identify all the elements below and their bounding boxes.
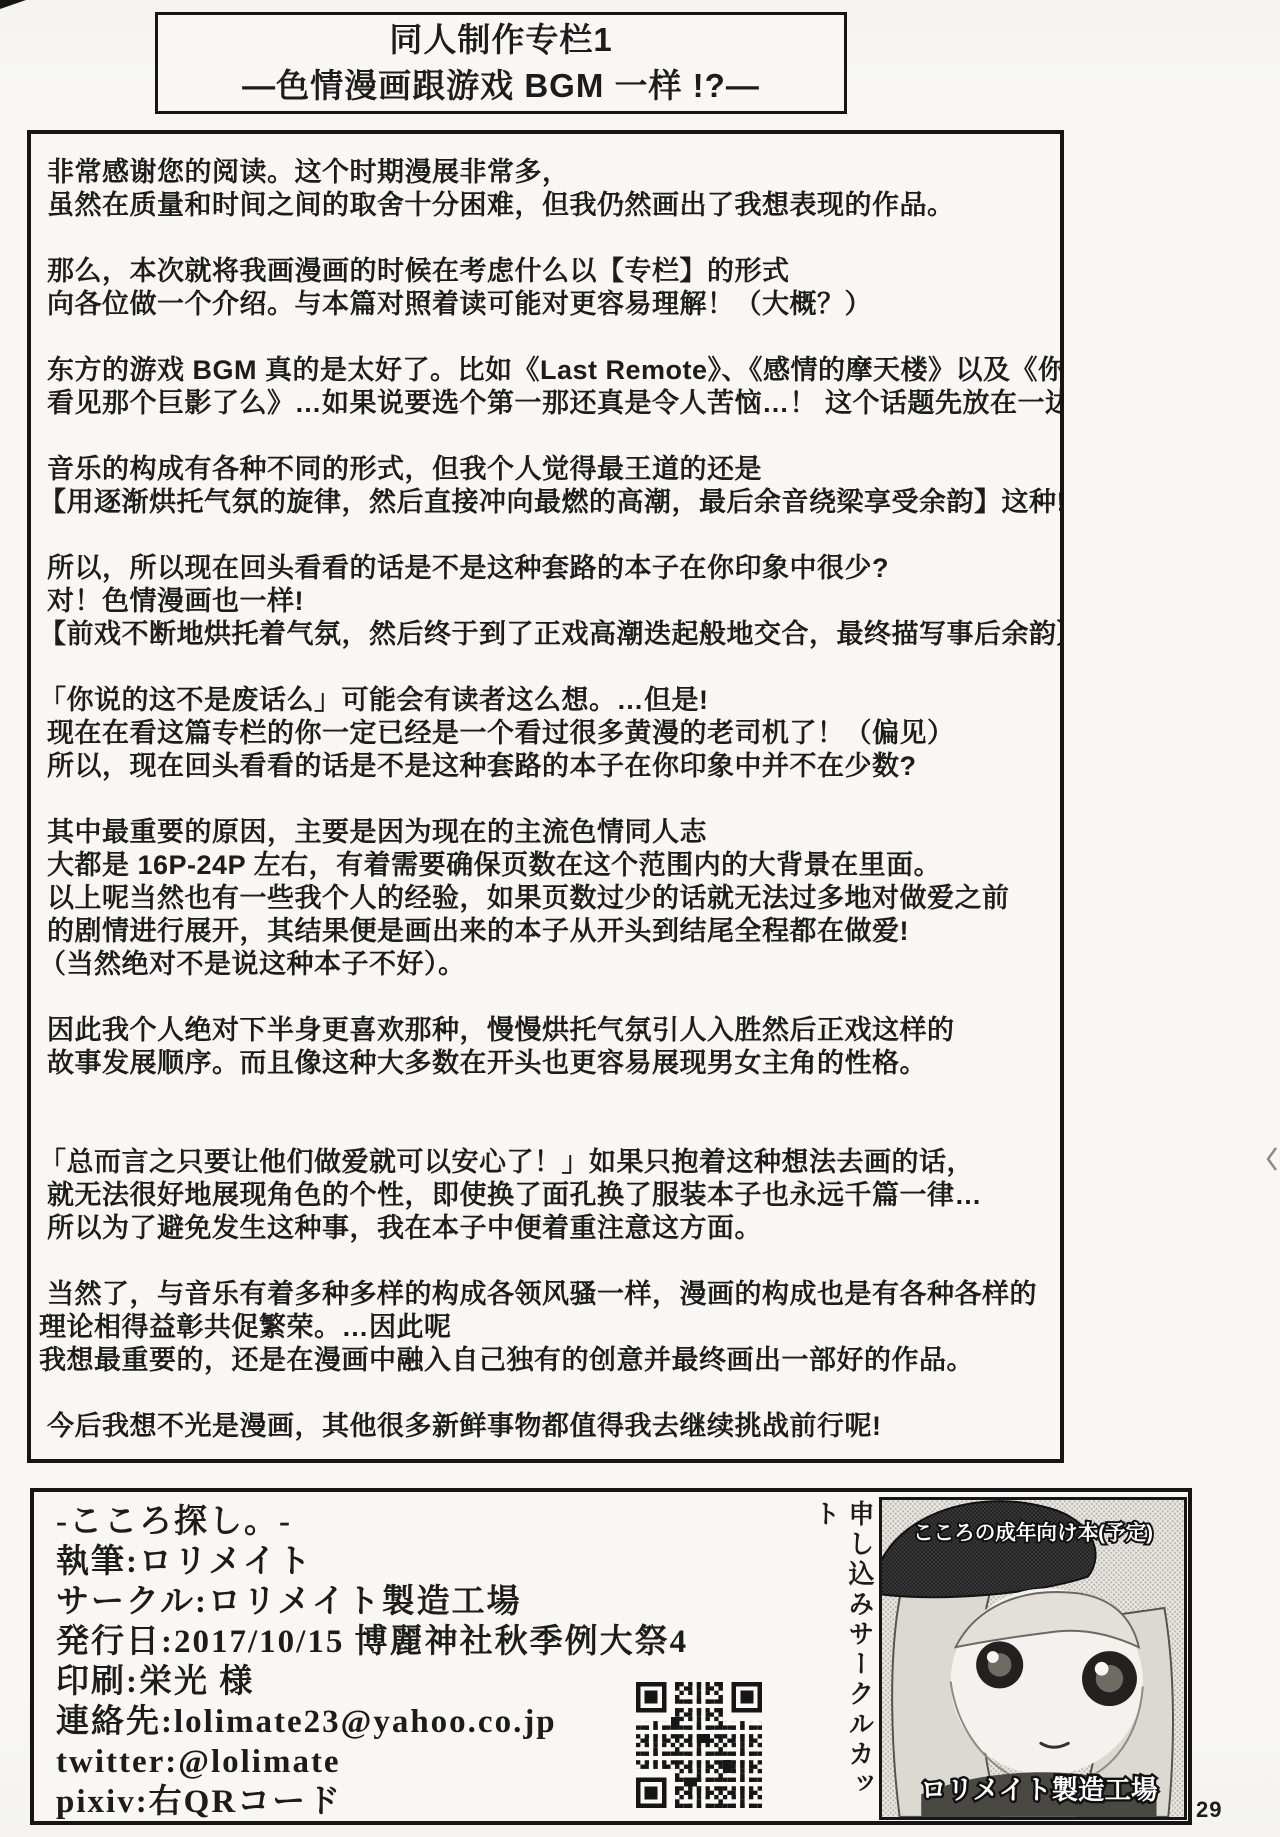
essay-line (39, 519, 1054, 552)
essay-line (39, 783, 1054, 816)
colophon-text: -こころ探し。- 執筆:ロリメイト サークル:ロリメイト製造工場 発行日:201… (56, 1502, 688, 1822)
essay-line: 现在在看这篇专栏的你一定已经是一个看过很多黄漫的老司机了！（偏见） (39, 717, 1054, 750)
essay-line (39, 321, 1054, 354)
essay-line: 我想最重要的，还是在漫画中融入自己独有的创意并最终画出一部好的作品。 (39, 1344, 1054, 1377)
page-title: 同人制作专栏1 (389, 17, 612, 63)
essay-line: 其中最重要的原因，主要是因为现在的主流色情同人志 (39, 816, 1054, 849)
circle-cut-vertical-label: 申し込みサークルカット (842, 1500, 876, 1822)
essay-line (39, 420, 1054, 453)
essay-line: （当然绝对不是说这种本子不好）。 (39, 948, 1054, 981)
scanned-doujin-page: 同人制作专栏1 —色情漫画跟游戏 BGM 一样 !?— 非常感谢您的阅读。这个时… (0, 0, 1280, 1837)
circle-cut-bottom-caption: ロリメイト製造工場 (920, 1775, 1158, 1805)
essay-line: 今后我想不光是漫画，其他很多新鲜事物都值得我去继续挑战前行呢! (39, 1410, 1054, 1443)
essay-line: 东方的游戏 BGM 真的是太好了。比如《Last Remote》、《感情的摩天楼… (39, 354, 1054, 387)
title-box: 同人制作专栏1 —色情漫画跟游戏 BGM 一样 !?— (155, 12, 847, 114)
essay-line: 【用逐渐烘托气氛的旋律，然后直接冲向最燃的高潮，最后余音绕梁享受余韵】这种! (39, 486, 1054, 519)
essay-line (39, 1377, 1054, 1410)
author-line: 執筆:ロリメイト (56, 1542, 688, 1582)
essay-line: 向各位做一个介绍。与本篇对照着读可能对更容易理解！（大概？） (39, 288, 1054, 321)
essay-line (39, 1245, 1054, 1278)
circle-line: サークル:ロリメイト製造工場 (56, 1582, 688, 1622)
twitter-line: twitter:@lolimate (56, 1742, 688, 1782)
essay-line: 所以，现在回头看看的话是不是这种套路的本子在你印象中并不在少数? (39, 750, 1054, 783)
essay-line: 故事发展顺序。而且像这种大多数在开头也更容易展现男女主角的性格。 (39, 1047, 1054, 1080)
colophon-box: -こころ探し。- 執筆:ロリメイト サークル:ロリメイト製造工場 発行日:201… (30, 1488, 1192, 1825)
essay-box: 非常感谢您的阅读。这个时期漫展非常多， 虽然在质量和时间之间的取舍十分困难，但我… (27, 130, 1064, 1463)
essay-line: 那么，本次就将我画漫画的时候在考虑什么以【专栏】的形式 (39, 255, 1054, 288)
circle-cut-top-caption: こころの成年向け本(予定) (913, 1520, 1153, 1544)
essay-line: 非常感谢您的阅读。这个时期漫展非常多， (39, 156, 1054, 189)
page-subtitle: —色情漫画跟游戏 BGM 一样 !?— (242, 63, 760, 109)
essay-line: 对！色情漫画也一样! (39, 585, 1054, 618)
contact-email-line: 連絡先:lolimate23@yahoo.co.jp (56, 1702, 688, 1742)
essay-line: 因此我个人绝对下半身更喜欢那种，慢慢烘托气氛引人入胜然后正戏这样的 (39, 1014, 1054, 1047)
essay-line (39, 981, 1054, 1014)
essay-line: 「总而言之只要让他们做爱就可以安心了！」如果只抱着这种想法去画的话， (39, 1146, 1054, 1179)
essay-line (39, 222, 1054, 255)
essay-line (39, 1080, 1054, 1113)
essay-line: 「你说的这不是废话么」可能会有读者这么想。…但是! (39, 684, 1054, 717)
book-title: -こころ探し。- (56, 1502, 688, 1542)
essay-line: 理论相得益彰共促繁荣。…因此呢 (39, 1311, 1054, 1344)
essay-line: 虽然在质量和时间之间的取舍十分困难，但我仍然画出了我想表现的作品。 (39, 189, 1054, 222)
publish-date-line: 発行日:2017/10/15 博麗神社秋季例大祭4 (56, 1622, 688, 1662)
pixiv-line: pixiv:右QRコード (56, 1782, 688, 1822)
essay-line: 当然了，与音乐有着多种多样的构成各领风骚一样，漫画的构成也是有各种各样的 (39, 1278, 1054, 1311)
scan-artifact-chevron (1266, 1146, 1278, 1177)
essay-line: 音乐的构成有各种不同的形式，但我个人觉得最王道的还是 (39, 453, 1054, 486)
scan-artifact-corner (0, 0, 26, 9)
essay-line: 就无法很好地展现角色的个性，即使换了面孔换了服装本子也永远千篇一律… (39, 1179, 1054, 1212)
essay-line: 的剧情进行展开，其结果便是画出来的本子从开头到结尾全程都在做爱! (39, 915, 1054, 948)
essay-line: 大都是 16P-24P 左右，有着需要确保页数在这个范围内的大背景在里面。 (39, 849, 1054, 882)
essay-line (39, 1113, 1054, 1146)
essay-line: 以上呢当然也有一些我个人的经验，如果页数过少的话就无法过多地对做爱之前 (39, 882, 1054, 915)
circle-cut-image: こころの成年向け本(予定) ロリメイト製造工場 (879, 1497, 1187, 1820)
essay-line: 看见那个巨影了么》…如果说要选个第一那还真是令人苦恼…！ 这个话题先放在一边。 (39, 387, 1054, 420)
page-number: 29 (1196, 1797, 1222, 1823)
pixiv-qr-code-icon (636, 1682, 762, 1808)
essay-line: 【前戏不断地烘托着气氛，然后终于到了正戏高潮迭起般地交合，最终描写事后余韵】! (39, 618, 1054, 651)
essay-line (39, 651, 1054, 684)
printer-line: 印刷:栄光 様 (56, 1662, 688, 1702)
essay-line: 所以，所以现在回头看看的话是不是这种套路的本子在你印象中很少? (39, 552, 1054, 585)
essay-line: 所以为了避免发生这种事，我在本子中便着重注意这方面。 (39, 1212, 1054, 1245)
